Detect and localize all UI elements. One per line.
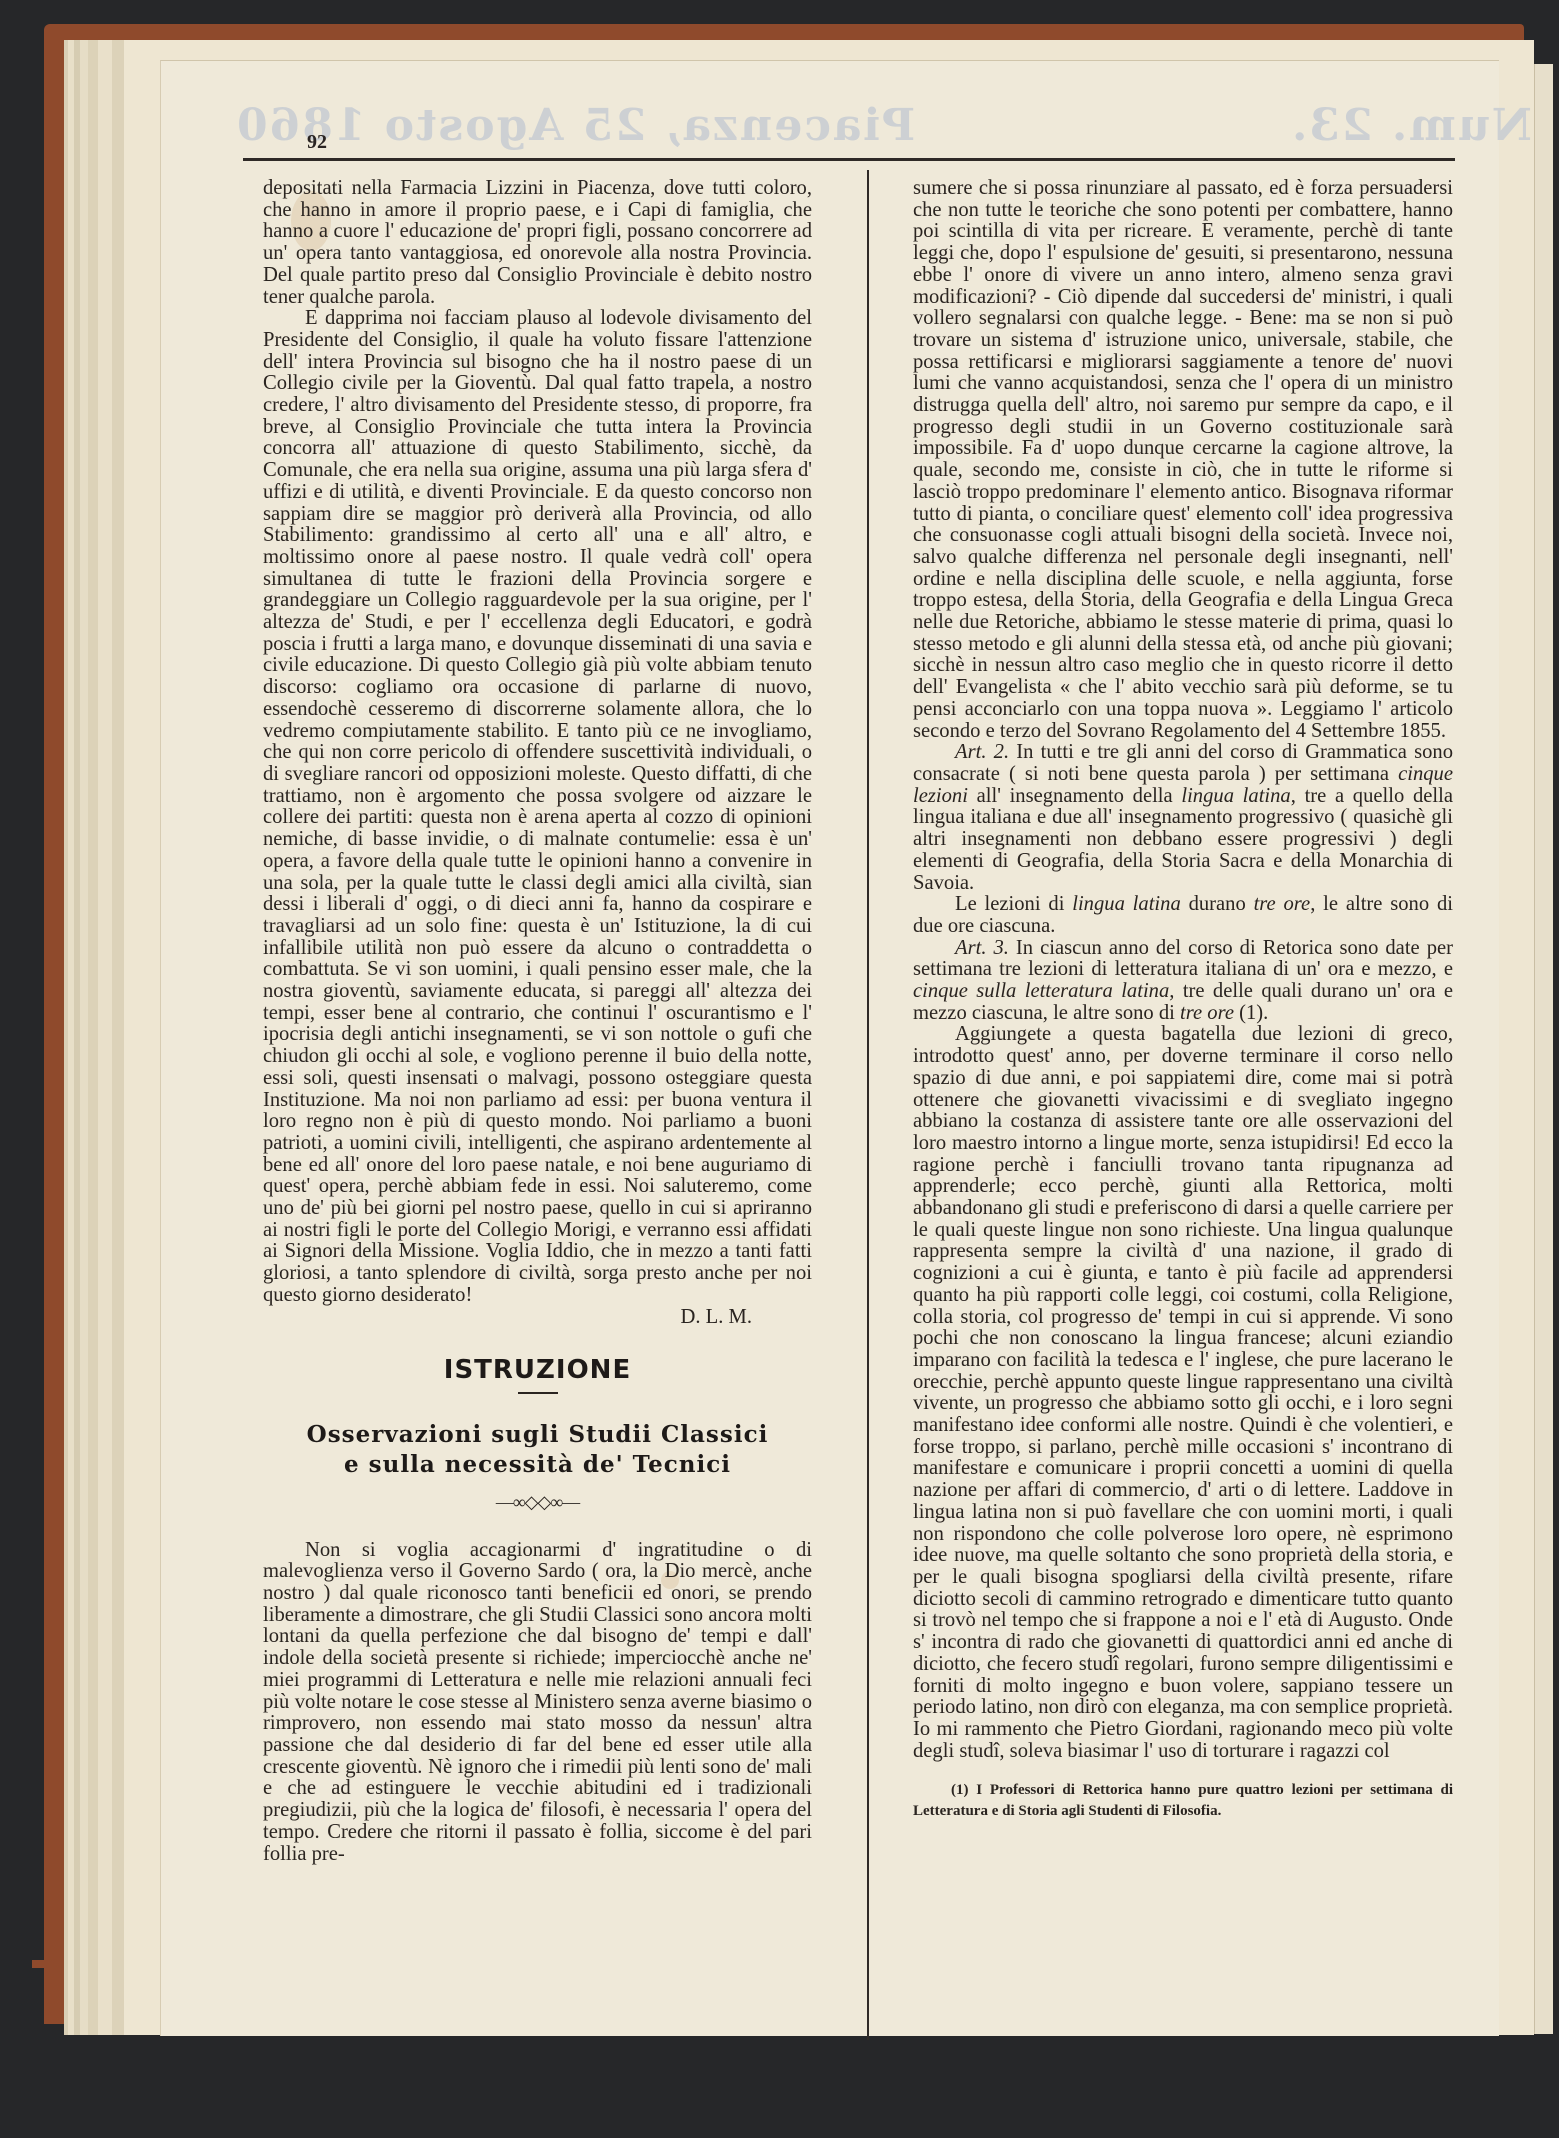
- emphasis: tre ore: [1180, 1002, 1234, 1024]
- heading-rule: [518, 1392, 558, 1394]
- paragraph: E dapprima noi facciam plauso al lodevol…: [263, 308, 812, 1306]
- paragraph: Aggiungete a questa bagatella due lezion…: [913, 1024, 1453, 1762]
- emphasis: lingua latina: [1072, 893, 1181, 915]
- text: Le lezioni di: [955, 893, 1072, 915]
- article-title-line1: Osservazioni sugli Studii Classici: [263, 1420, 812, 1450]
- bleed-through-issue: Num. 23.: [1290, 100, 1532, 151]
- text: all' insegnamento della: [968, 785, 1181, 807]
- left-column: depositati nella Farmacia Lizzini in Pia…: [263, 178, 812, 1865]
- bleed-through-date: Piacenza, 25 Agosto 1860: [235, 100, 915, 151]
- text: (1).: [1234, 1002, 1268, 1024]
- author-signature: D. L. M.: [263, 1307, 812, 1329]
- art2-label: Art. 2.: [955, 741, 1009, 763]
- article-paragraph: Non si voglia accagionarmi d' ingratitud…: [263, 1540, 812, 1866]
- emphasis: cinque sulla letteratura latina,: [913, 980, 1174, 1002]
- section-heading: ISTRUZIONE: [263, 1360, 812, 1382]
- art3-label: Art. 3.: [955, 937, 1009, 959]
- emphasis: lingua latina: [1181, 785, 1290, 807]
- footnote-text: (1) I Professori di Rettorica hanno pure…: [913, 1780, 1453, 1822]
- article-2: Art. 2. In tutti e tre gli anni del cors…: [913, 742, 1453, 894]
- paragraph: depositati nella Farmacia Lizzini in Pia…: [263, 178, 812, 308]
- article-3: Art. 3. In ciascun anno del corso di Ret…: [913, 938, 1453, 1025]
- emphasis: tre ore: [1254, 893, 1311, 915]
- footnote: (1) I Professori di Rettorica hanno pure…: [913, 1780, 1453, 1822]
- header-rule: [243, 158, 1455, 161]
- right-column: sumere che si possa rinunziare al passat…: [913, 178, 1453, 1822]
- next-page-edge: [1534, 64, 1553, 2034]
- text: durano: [1181, 893, 1254, 915]
- paragraph: sumere che si possa rinunziare al passat…: [913, 178, 1453, 742]
- ornament-divider-icon: —∞◇◇∞—: [263, 1492, 812, 1514]
- page-number: 92: [307, 131, 327, 154]
- column-divider: [867, 170, 869, 2040]
- lezioni-paragraph: Le lezioni di lingua latina durano tre o…: [913, 894, 1453, 937]
- article-title-line2: e sulla necessità de' Tecnici: [263, 1450, 812, 1480]
